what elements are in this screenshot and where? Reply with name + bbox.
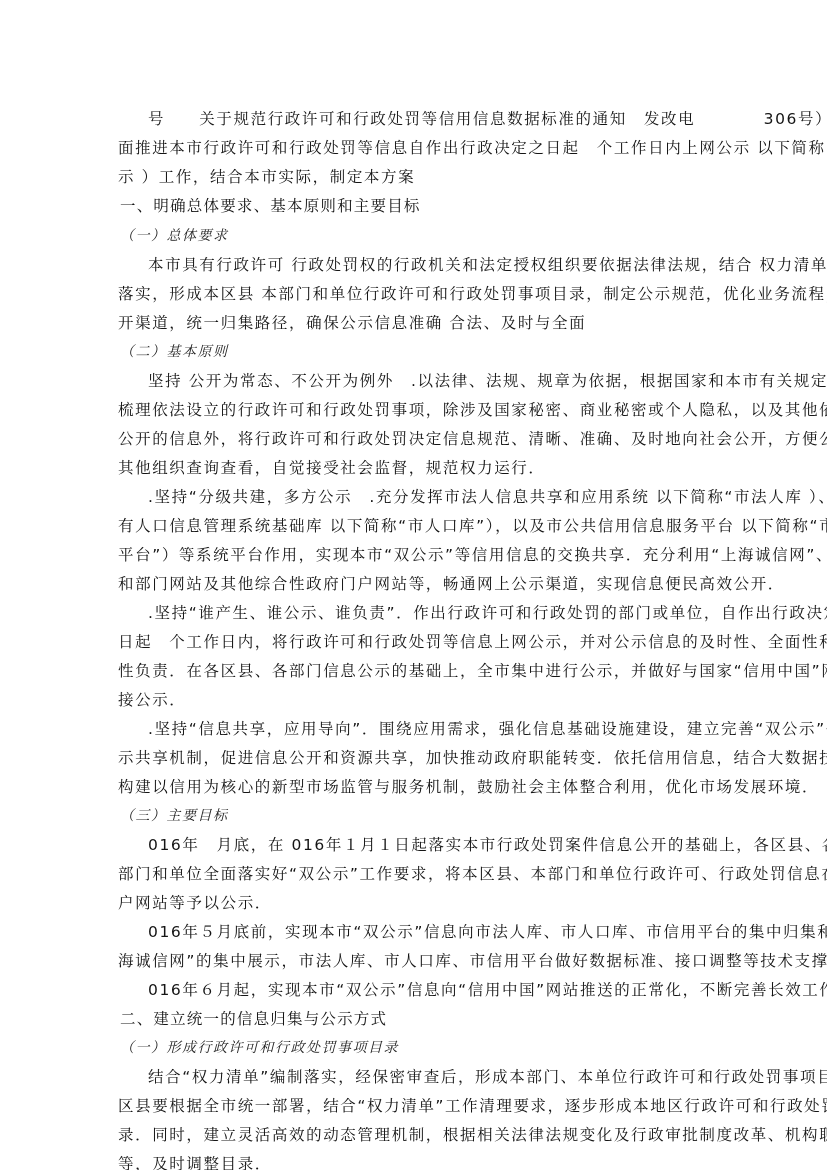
text-line: 016年５月底前，实现本市“双公示”信息向市法人库、市人口库、市信用平台的集中归… <box>148 922 718 942</box>
text-line: 其他组织查询查看，自觉接受社会监督，规范权力运行． <box>118 458 718 478</box>
text-line: 等，及时调整目录． <box>118 1154 718 1170</box>
text-line: 部门和单位全面落实好“双公示”工作要求，将本区县、本部门和单位行政许可、行政处罚… <box>118 864 718 884</box>
text-line: 公开的信息外，将行政许可和行政处罚决定信息规范、清晰、准确、及时地向社会公开，方… <box>118 429 718 449</box>
text-line: 016年６月起，实现本市“双公示”信息向“信用中国”网站推送的正常化，不断完善长… <box>148 980 718 1000</box>
text-line: 户网站等予以公示． <box>118 893 718 913</box>
text-line: 海诚信网”的集中展示，市法人库、市人口库、市信用平台做好数据标准、接口调整等技术… <box>118 951 718 971</box>
text-line: 本市具有行政许可 行政处罚权的行政机关和法定授权组织要依据法律法规，结合 权力清… <box>148 255 718 275</box>
text-line: 示 ）工作，结合本市实际，制定本方案 <box>118 167 718 187</box>
text-line: 录．同时，建立灵活高效的动态管理机制，根据相关法律法规变化及行政审批制度改革、机… <box>118 1125 718 1145</box>
text-line: .坚持“谁产生、谁公示、谁负责”．作出行政许可和行政处罚的部门或单位，自作出行政… <box>148 603 718 623</box>
text-line: 平台”）等系统平台作用，实现本市“双公示”等信用信息的交换共享．充分利用“上海诚… <box>118 545 718 565</box>
subsection-heading: （二）基本原则 <box>120 342 720 362</box>
text-line: 和部门网站及其他综合性政府门户网站等，畅通网上公示渠道，实现信息便民高效公开． <box>118 574 718 594</box>
subsection-heading: （一）总体要求 <box>120 226 720 246</box>
text-line: 区县要根据全市统一部署，结合“权力清单”工作清理要求，逐步形成本地区行政许可和行… <box>118 1096 718 1116</box>
text-line: 结合“权力清单”编制落实，经保密审查后，形成本部门、本单位行政许可和行政处罚事项… <box>148 1067 718 1087</box>
text-line: 性负责．在各区县、各部门信息公示的基础上，全市集中进行公示，并做好与国家“信用中… <box>118 661 718 681</box>
text-line: 号 关于规范行政许可和行政处罚等信用信息数据标准的通知 发改电 306号）等要求… <box>148 109 718 129</box>
text-line: .坚持“信息共享，应用导向”．围绕应用需求，强化信息基础设施建设，建立完善“双公… <box>148 719 718 739</box>
section-heading: 一、明确总体要求、基本原则和主要目标 <box>120 196 720 216</box>
subsection-heading: （三）主要目标 <box>120 806 720 826</box>
text-line: 坚持 公开为常态、不公开为例外 .以法律、法规、规章为依据，根据国家和本市有关规… <box>148 371 718 391</box>
text-line: 落实，形成本区县 本部门和单位行政许可和行政处罚事项目录，制定公示规范，优化业务… <box>118 284 718 304</box>
document-page: 号 关于规范行政许可和行政处罚等信用信息数据标准的通知 发改电 306号）等要求… <box>0 0 827 1170</box>
section-heading: 二、建立统一的信息归集与公示方式 <box>120 1009 720 1029</box>
text-line: 接公示． <box>118 690 718 710</box>
text-line: 日起 个工作日内，将行政许可和行政处罚等信息上网公示，并对公示信息的及时性、全面… <box>118 632 718 652</box>
text-line: 有人口信息管理系统基础库 以下简称“市人口库”），以及市公共信用信息服务平台 以… <box>118 516 718 536</box>
text-line: 梳理依法设立的行政许可和行政处罚事项，除涉及国家秘密、商业秘密或个人隐私，以及其… <box>118 400 718 420</box>
text-line: 开渠道，统一归集路径，确保公示信息准确 合法、及时与全面 <box>118 313 718 333</box>
text-line: 016年 月底，在 016年１月１日起落实本市行政处罚案件信息公开的基础上，各区… <box>148 835 718 855</box>
text-line: 示共享机制，促进信息公开和资源共享，加快推动政府职能转变．依托信用信息，结合大数… <box>118 748 718 768</box>
subsection-heading: （一）形成行政许可和行政处罚事项目录 <box>120 1038 720 1058</box>
text-line: 构建以信用为核心的新型市场监管与服务机制，鼓励社会主体整合利用，优化市场发展环境… <box>118 777 718 797</box>
text-line: 面推进本市行政许可和行政处罚等信息自作出行政决定之日起 个工作日内上网公示 以下… <box>118 138 718 158</box>
text-line: .坚持“分级共建，多方公示 .充分发挥市法人信息共享和应用系统 以下简称“市法人… <box>148 487 718 507</box>
